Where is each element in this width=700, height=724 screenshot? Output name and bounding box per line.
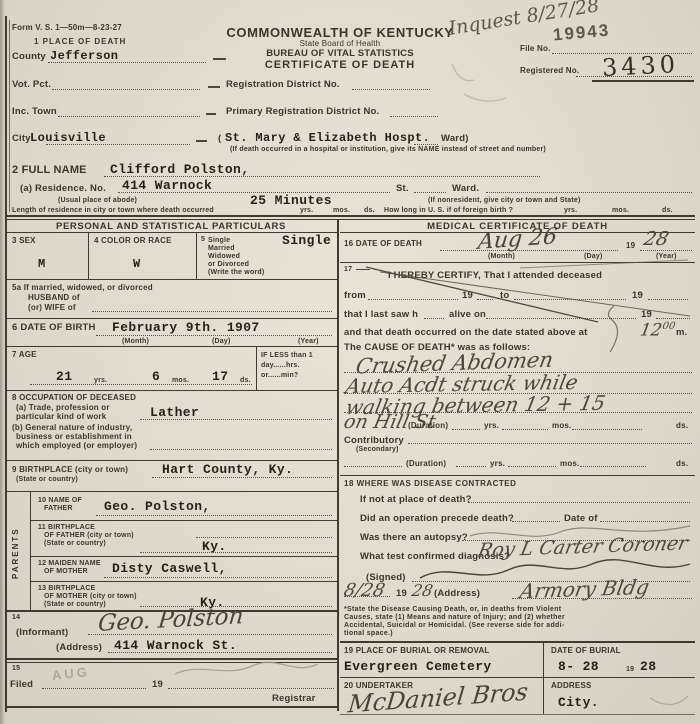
informant-label: (Informant) — [16, 628, 68, 638]
ward-line — [486, 192, 692, 193]
q-autopsy-label: Was there an autopsy? — [360, 533, 468, 543]
registration-district-label: Registration District No. — [226, 80, 340, 90]
time-of-death-handwriting: 1200 — [638, 322, 676, 341]
hospital-open-paren: ( — [218, 134, 221, 144]
hospital-value: St. Mary & Elizabeth Hospt. — [225, 132, 430, 145]
contributory-label: Contributory — [344, 436, 404, 446]
certify-statement: I HEREBY CERTIFY, That I attended deceas… — [388, 271, 602, 281]
yrs-label: yrs. — [564, 207, 577, 214]
em-dash — [206, 113, 216, 115]
burial-place-value: Evergreen Cemetery — [344, 660, 492, 674]
dod-day-label: (Day) — [584, 253, 603, 260]
rule-heavy — [6, 706, 337, 708]
inc-town-label: Inc. Town — [12, 107, 57, 117]
yrs-label: yrs. — [300, 207, 313, 214]
cell-divider — [196, 233, 197, 279]
full-name-value: Clifford Polston, — [110, 163, 249, 177]
rule — [6, 491, 337, 492]
city-label: City — [12, 134, 31, 144]
filed-line1 — [42, 688, 146, 689]
footnote-line-3: Accidental, Suicidal or Homicidal. (See … — [344, 622, 565, 629]
from-label: from — [344, 291, 366, 301]
if-less-label-3: or......min? — [261, 372, 298, 379]
marital-value: Single — [282, 234, 331, 248]
bureau-subtitle: BUREAU OF VITAL STATISTICS — [220, 49, 460, 59]
rule — [340, 475, 695, 476]
q1-line — [468, 502, 690, 503]
age-days-value: 17 — [212, 370, 228, 384]
burial-table-top — [340, 641, 695, 643]
residence-value: 414 Warnock — [122, 179, 212, 193]
cd-mos: mos. — [560, 460, 579, 468]
mother-name-label-1: 12 MAIDEN NAME — [38, 560, 101, 567]
city-line — [46, 144, 190, 145]
duration-mos: mos. — [552, 422, 571, 430]
mother-name-value: Disty Caswell, — [112, 562, 227, 576]
age-years-value: 21 — [56, 370, 72, 384]
residence-label: (a) Residence. No. — [20, 184, 106, 194]
footnote-line-4: tional space.) — [344, 630, 393, 637]
dod-year-line — [640, 250, 692, 251]
hospital-note: (If death occurred in a hospital or inst… — [230, 146, 546, 153]
q-operation-label: Did an operation precede death? — [360, 514, 514, 524]
cd-yrs: yrs. — [490, 460, 505, 468]
from-19-line — [477, 299, 493, 300]
signed-year-handwriting: 28 — [410, 583, 434, 600]
vot-pct-line — [52, 89, 200, 90]
secondary-label: (Secondary) — [356, 446, 399, 453]
filed-month-stamp: AUG — [51, 665, 90, 683]
registrar-label: Registrar — [272, 694, 316, 704]
occupation-b-line — [150, 449, 332, 450]
cell-divider — [256, 346, 257, 390]
dod-year-handwriting: 28 — [642, 230, 670, 250]
marital-option-married: Married — [208, 245, 235, 252]
residence-length-value: 25 Minutes — [250, 194, 332, 208]
ds-label: ds. — [364, 207, 375, 214]
parents-cell-divider — [30, 491, 31, 610]
personal-section-title: PERSONAL AND STATISTICAL PARTICULARS — [6, 222, 336, 232]
signed-address-label: (Address) — [434, 589, 480, 599]
m-label: m. — [676, 328, 688, 338]
q2b-line — [600, 521, 690, 522]
informant-address-line — [108, 652, 332, 653]
county-line — [48, 62, 206, 63]
occupation-a2: particular kind of work — [16, 413, 106, 421]
em-dash — [208, 86, 220, 88]
age-yrs-label: yrs. — [94, 377, 107, 384]
marital-option-single: Single — [208, 237, 230, 244]
street-label: St. — [396, 184, 409, 194]
footnote-line-1: *State the Disease Causing Death, or, in… — [344, 606, 561, 613]
burial-place-label: 19 PLACE OF BURIAL OR REMOVAL — [344, 647, 490, 655]
duration-line-2 — [502, 429, 548, 430]
mother-name-label-2: OF MOTHER — [44, 568, 88, 575]
father-name-line — [96, 515, 332, 516]
duration-line-3 — [572, 429, 642, 430]
item-17-dash — [356, 269, 370, 270]
alive-19-line — [656, 318, 690, 319]
filed-line2 — [168, 688, 334, 689]
cause-flourish — [608, 306, 617, 352]
dod-month-label: (Month) — [488, 253, 515, 260]
certificate-title: CERTIFICATE OF DEATH — [220, 60, 460, 72]
dob-label: 6 DATE OF BIRTH — [12, 323, 96, 333]
parents-label: PARENTS — [12, 510, 20, 596]
burial-year-value: 28 — [640, 660, 656, 674]
signed-19-label: 19 — [396, 589, 407, 599]
alive-on-label: alive on — [449, 310, 486, 320]
duration-yrs: yrs. — [484, 422, 499, 430]
em-dash — [196, 140, 207, 142]
death-occurred-label: and that death occurred on the date stat… — [344, 328, 588, 338]
footnote-line-2: Causes, state (1) Means and nature of In… — [344, 614, 565, 621]
burial-date-label: DATE OF BURIAL — [551, 647, 621, 655]
father-birthplace-line1 — [196, 537, 332, 538]
duration-ds: ds. — [676, 422, 688, 430]
occupation-label: 8 OCCUPATION OF DECEASED — [12, 394, 136, 402]
registration-district-line — [352, 89, 430, 90]
hospital-line — [414, 144, 438, 145]
if-less-label-1: IF LESS than 1 — [261, 352, 313, 359]
marital-number: 5 — [201, 236, 205, 243]
occupation-a-line — [140, 419, 332, 420]
father-birthplace-label-1: 11 BIRTHPLACE — [38, 524, 95, 531]
signed-address-line — [512, 598, 692, 599]
occupation-value: Lather — [150, 406, 199, 420]
ward-close-label: Ward) — [441, 134, 469, 144]
age-months-value: 6 — [152, 370, 160, 384]
rule — [340, 262, 695, 263]
file-number-stamp: 19943 — [552, 22, 611, 45]
filed-19-label: 19 — [152, 680, 163, 690]
time-value: 12 — [638, 321, 663, 341]
registered-no-underline — [592, 80, 694, 82]
primary-registration-line — [390, 116, 438, 117]
last-saw-label: that I last saw h — [344, 310, 418, 320]
coroner-handwriting: Roy L Carter Coroner — [476, 534, 689, 561]
age-line — [30, 384, 252, 385]
column-divider — [337, 219, 339, 711]
dod-year-label: (Year) — [656, 253, 677, 260]
county-value: Jefferson — [50, 50, 118, 63]
husband-of-label: HUSBAND of — [28, 294, 80, 302]
dob-line — [96, 335, 332, 336]
rule — [6, 460, 337, 461]
burial-date-value: 8- 28 — [558, 660, 599, 674]
birthplace-line — [152, 477, 332, 478]
nonresident-note: (If nonresident, give city or town and S… — [428, 197, 581, 204]
death-certificate-scan: Form V. S. 1—50m—8-23-27 1 PLACE OF DEAT… — [0, 0, 700, 724]
father-birthplace-label-2: OF FATHER (city or town) — [44, 532, 134, 539]
county-label: County — [12, 52, 46, 62]
mos-label: mos. — [612, 207, 629, 214]
registrar-signature-handwriting — [175, 662, 318, 674]
form-left-border — [5, 16, 7, 712]
primary-registration-label: Primary Registration District No. — [226, 107, 379, 117]
rule — [30, 520, 337, 521]
informant-number: 14 — [12, 614, 20, 621]
mos-label: mos. — [333, 207, 350, 214]
date-of-death-label: 16 DATE OF DEATH — [344, 240, 422, 248]
age-mos-label: mos. — [172, 377, 189, 384]
inc-town-line — [58, 116, 200, 117]
corner-flourish — [650, 696, 688, 705]
sex-label: 3 SEX — [12, 237, 36, 245]
year-label: (Year) — [298, 338, 319, 345]
city-value: Louisville — [30, 132, 106, 145]
q-not-at-place-label: If not at place of death? — [360, 495, 472, 505]
from-line — [368, 299, 458, 300]
disease-contracted-label: 18 WHERE WAS DISEASE CONTRACTED — [344, 480, 516, 488]
color-race-value: W — [133, 258, 141, 271]
father-birthplace-line2 — [140, 552, 332, 553]
date-of-death-handwriting: Aug 26 — [477, 225, 558, 254]
wife-of-label: (or) WIFE of — [28, 304, 76, 312]
foreign-birth-label: How long in U. S. if of foreign birth ? — [384, 207, 513, 214]
section-divider-rule — [6, 215, 695, 217]
mother-birthplace-label-3: (State or country) — [44, 601, 106, 608]
cd-ds: ds. — [676, 460, 688, 468]
contributory-duration-lead — [344, 466, 402, 467]
contributory-line — [408, 443, 692, 444]
age-ds-label: ds. — [240, 377, 251, 384]
dob-value: February 9th. 1907 — [112, 321, 260, 335]
sex-value: M — [38, 258, 46, 271]
informant-signature-handwriting: Geo. Polston — [97, 604, 244, 636]
commonwealth-title: COMMONWEALTH OF KENTUCKY — [220, 26, 460, 40]
occupation-b3: which employed (or employer) — [16, 442, 137, 450]
pencil-scribble — [452, 64, 506, 101]
marital-write-word: (Write the word) — [208, 269, 264, 276]
registered-no-line — [576, 76, 692, 77]
time-superscript: 00 — [662, 321, 677, 332]
form-left-border-inner — [9, 20, 10, 212]
wife-of-line — [92, 311, 332, 312]
from-19-label: 19 — [462, 291, 473, 301]
form-number: Form V. S. 1—50m—8-23-27 — [12, 24, 122, 32]
cell-divider — [88, 233, 89, 279]
ds-label: ds. — [662, 207, 673, 214]
father-birthplace-label-3: (State or country) — [44, 540, 106, 547]
date-of-label: Date of — [564, 514, 598, 524]
place-of-death-label: 1 PLACE OF DEATH — [34, 38, 126, 46]
signed-date-handwriting: 8/28 — [342, 582, 386, 601]
alive-19-label: 19 — [641, 310, 652, 320]
birthplace-state-label: (State or country) — [16, 476, 78, 483]
q2-line — [512, 521, 560, 522]
day-label: (Day) — [212, 338, 231, 345]
marital-option-widowed: Widowed — [208, 253, 240, 260]
em-dash — [213, 58, 226, 60]
rule — [6, 662, 337, 663]
full-name-label: 2 FULL NAME — [12, 165, 87, 177]
informant-address-label: (Address) — [56, 643, 102, 653]
age-label: 7 AGE — [12, 351, 37, 359]
mother-name-line — [104, 577, 332, 578]
file-no-label: File No. — [520, 45, 551, 53]
dod-19-label: 19 — [626, 242, 635, 250]
duration-line-1 — [452, 429, 480, 430]
undertaker-address-value: City. — [558, 696, 599, 710]
burial-19-label: 19 — [626, 666, 634, 673]
rule — [6, 318, 337, 319]
filed-label: Filed — [10, 680, 33, 690]
to-19-line — [648, 299, 688, 300]
undertaker-address-label: ADDRESS — [551, 682, 592, 690]
father-name-value: Geo. Polston, — [104, 500, 211, 514]
father-name-label-1: 10 NAME OF — [38, 497, 82, 504]
rule — [6, 390, 337, 391]
mother-birthplace-label-2: OF MOTHER (city or town) — [44, 593, 137, 600]
item-17-number: 17 — [344, 266, 352, 273]
to-line — [514, 299, 626, 300]
ward-label: Ward. — [452, 184, 479, 194]
cd-line-3 — [580, 466, 646, 467]
last-saw-h-line — [424, 318, 444, 319]
rule — [30, 581, 337, 582]
rule — [6, 346, 337, 347]
full-name-line — [104, 176, 540, 177]
father-name-label-2: FATHER — [44, 505, 73, 512]
filed-number: 15 — [12, 665, 20, 672]
birthplace-label: 9 BIRTHPLACE (city or town) — [12, 466, 128, 474]
rule — [6, 279, 337, 280]
color-race-label: 4 COLOR OR RACE — [94, 237, 172, 245]
vot-pct-label: Vot. Pct. — [12, 80, 51, 90]
length-of-residence-label: Length of residence in city or town wher… — [12, 207, 214, 214]
informant-line — [88, 634, 332, 635]
birthplace-value: Hart County, Ky. — [162, 463, 293, 477]
married-widowed-label: 5a If married, widowed, or divorced — [12, 284, 153, 292]
rule-heavy — [6, 658, 337, 660]
mother-birthplace-label-1: 13 BIRTHPLACE — [38, 585, 95, 592]
duration-label: (Duration) — [408, 422, 448, 430]
abode-note: (Usual place of abode) — [58, 197, 137, 204]
marital-option-divorced: or Divorced — [208, 261, 249, 268]
contributory-duration-label: (Duration) — [406, 460, 446, 468]
street-line — [414, 192, 446, 193]
cd-line-1 — [456, 466, 486, 467]
rule — [30, 556, 337, 557]
cd-line-2 — [508, 466, 556, 467]
registered-no-label: Registered No. — [520, 67, 579, 75]
burial-table-bottom — [340, 714, 695, 715]
signed-date-line — [344, 596, 390, 597]
to-19-label: 19 — [632, 291, 643, 301]
month-label: (Month) — [122, 338, 149, 345]
informant-address-value: 414 Warnock St. — [114, 639, 237, 653]
section-divider-rule2 — [6, 219, 695, 220]
to-label: to — [500, 291, 509, 301]
if-less-label-2: day......hrs. — [261, 362, 300, 369]
alive-on-line — [486, 318, 636, 319]
